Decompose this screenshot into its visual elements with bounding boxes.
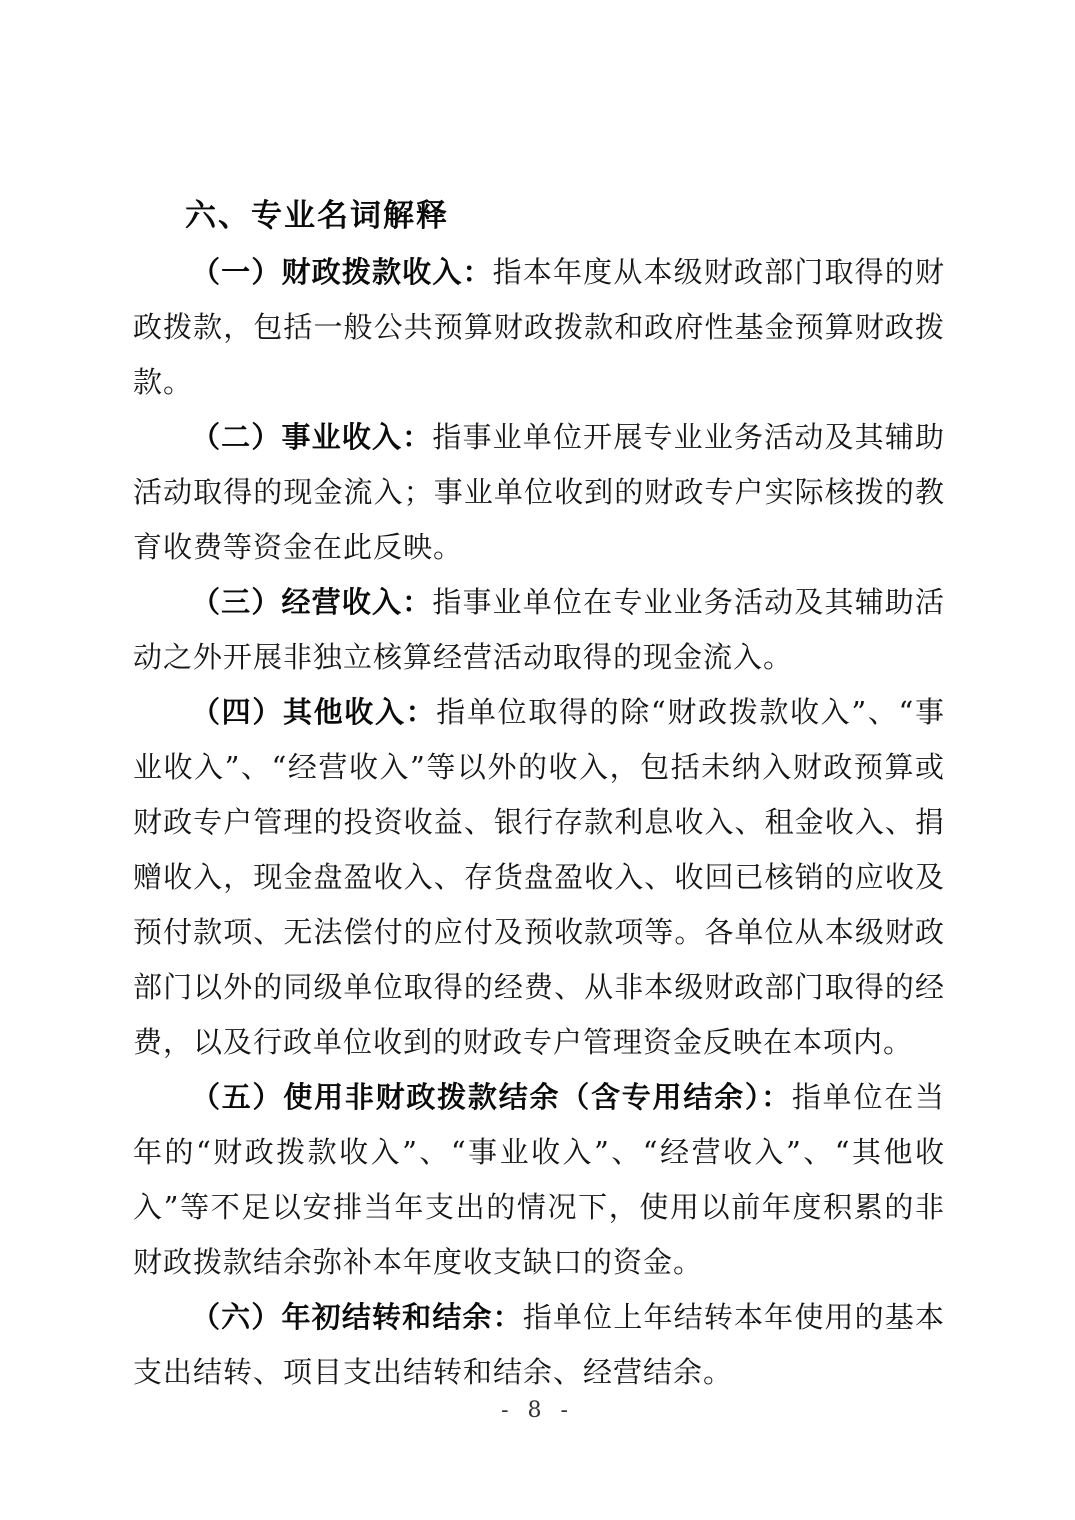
definition-paragraph: （二）事业收入：指事业单位开展专业业务活动及其辅助活动取得的现金流入；事业单位收… [133, 410, 945, 575]
term-label: （四）其他收入： [191, 695, 436, 729]
definition-paragraph: （六）年初结转和结余：指单位上年结转本年使用的基本支出结转、项目支出结转和结余、… [133, 1290, 945, 1400]
definition-paragraph: （四）其他收入：指单位取得的除“财政拨款收入”、“事业收入”、“经营收入”等以外… [133, 685, 945, 1070]
term-label: （三）经营收入： [191, 585, 432, 619]
document-page: 六、专业名词解释 （一）财政拨款收入：指本年度从本级财政部门取得的财政拨款，包括… [0, 0, 1075, 1520]
term-label: （五）使用非财政拨款结余（含专用结余）： [191, 1080, 792, 1114]
page-number: - 8 - [0, 1398, 1075, 1423]
term-label: （一）财政拨款收入： [191, 255, 493, 289]
definition-paragraph: （三）经营收入：指事业单位在专业业务活动及其辅助活动之外开展非独立核算经营活动取… [133, 575, 945, 685]
paragraph-list: （一）财政拨款收入：指本年度从本级财政部门取得的财政拨款，包括一般公共预算财政拨… [133, 245, 945, 1400]
definition-text: 指单位取得的除“财政拨款收入”、“事业收入”、“经营收入”等以外的收入，包括未纳… [133, 695, 945, 1059]
term-label: （六）年初结转和结余： [191, 1300, 523, 1334]
section-heading: 六、专业名词解释 [133, 188, 945, 245]
definition-paragraph: （一）财政拨款收入：指本年度从本级财政部门取得的财政拨款，包括一般公共预算财政拨… [133, 245, 945, 410]
term-label: （二）事业收入： [191, 420, 432, 454]
definition-paragraph: （五）使用非财政拨款结余（含专用结余）：指单位在当年的“财政拨款收入”、“事业收… [133, 1070, 945, 1290]
document-content: 六、专业名词解释 （一）财政拨款收入：指本年度从本级财政部门取得的财政拨款，包括… [133, 188, 945, 1400]
